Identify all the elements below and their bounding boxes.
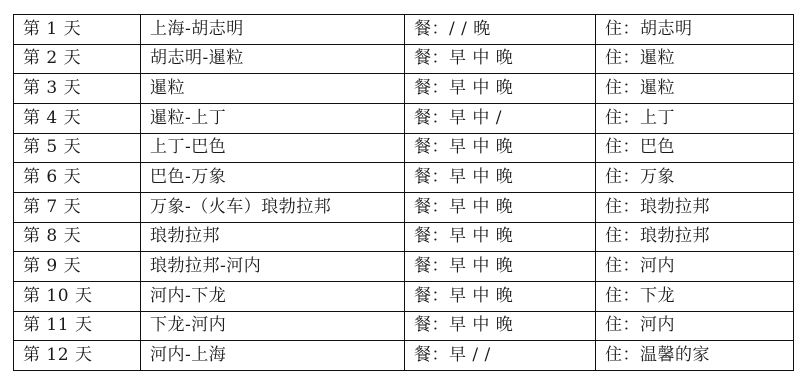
route-cell: 万象-（火车）琅勃拉邦	[141, 192, 405, 222]
meals-cell: 餐：早 中 晚	[405, 222, 596, 252]
itinerary-table: 第 1 天 上海-胡志明 餐：/ / 晚 住：胡志明 第 2 天 胡志明-暹粒 …	[13, 14, 794, 371]
table-row: 第 6 天 巴色-万象 餐：早 中 晚 住：万象	[14, 163, 794, 193]
table-row: 第 11 天 下龙-河内 餐：早 中 晚 住：河内	[14, 311, 794, 341]
meals-cell: 餐：早 中 晚	[405, 133, 596, 163]
route-cell: 上丁-巴色	[141, 133, 405, 163]
meals-cell: 餐：早 中 /	[405, 103, 596, 133]
table-row: 第 7 天 万象-（火车）琅勃拉邦 餐：早 中 晚 住：琅勃拉邦	[14, 192, 794, 222]
stay-cell: 住：河内	[596, 311, 794, 341]
stay-cell: 住：万象	[596, 163, 794, 193]
route-cell: 河内-下龙	[141, 281, 405, 311]
stay-cell: 住：巴色	[596, 133, 794, 163]
day-cell: 第 9 天	[14, 252, 141, 282]
route-cell: 上海-胡志明	[141, 15, 405, 45]
route-cell: 巴色-万象	[141, 163, 405, 193]
day-cell: 第 3 天	[14, 74, 141, 104]
day-cell: 第 11 天	[14, 311, 141, 341]
table-row: 第 9 天 琅勃拉邦-河内 餐：早 中 晚 住：河内	[14, 252, 794, 282]
meals-cell: 餐：早 中 晚	[405, 311, 596, 341]
day-cell: 第 10 天	[14, 281, 141, 311]
meals-cell: 餐：早 中 晚	[405, 281, 596, 311]
route-cell: 胡志明-暹粒	[141, 44, 405, 74]
day-cell: 第 12 天	[14, 341, 141, 371]
route-cell: 暹粒-上丁	[141, 103, 405, 133]
stay-cell: 住：上丁	[596, 103, 794, 133]
day-cell: 第 7 天	[14, 192, 141, 222]
table-row: 第 12 天 河内-上海 餐：早 / / 住：温馨的家	[14, 341, 794, 371]
route-cell: 下龙-河内	[141, 311, 405, 341]
table-row: 第 3 天 暹粒 餐：早 中 晚 住：暹粒	[14, 74, 794, 104]
stay-cell: 住：暹粒	[596, 74, 794, 104]
stay-cell: 住：暹粒	[596, 44, 794, 74]
route-cell: 琅勃拉邦-河内	[141, 252, 405, 282]
table-row: 第 10 天 河内-下龙 餐：早 中 晚 住：下龙	[14, 281, 794, 311]
meals-cell: 餐：早 中 晚	[405, 163, 596, 193]
table-row: 第 5 天 上丁-巴色 餐：早 中 晚 住：巴色	[14, 133, 794, 163]
meals-cell: 餐：/ / 晚	[405, 15, 596, 45]
day-cell: 第 2 天	[14, 44, 141, 74]
table-row: 第 4 天 暹粒-上丁 餐：早 中 / 住：上丁	[14, 103, 794, 133]
route-cell: 琅勃拉邦	[141, 222, 405, 252]
day-cell: 第 8 天	[14, 222, 141, 252]
route-cell: 暹粒	[141, 74, 405, 104]
day-cell: 第 5 天	[14, 133, 141, 163]
day-cell: 第 6 天	[14, 163, 141, 193]
day-cell: 第 4 天	[14, 103, 141, 133]
stay-cell: 住：下龙	[596, 281, 794, 311]
meals-cell: 餐：早 中 晚	[405, 192, 596, 222]
stay-cell: 住：河内	[596, 252, 794, 282]
day-cell: 第 1 天	[14, 15, 141, 45]
meals-cell: 餐：早 中 晚	[405, 252, 596, 282]
table-row: 第 1 天 上海-胡志明 餐：/ / 晚 住：胡志明	[14, 15, 794, 45]
stay-cell: 住：琅勃拉邦	[596, 222, 794, 252]
meals-cell: 餐：早 中 晚	[405, 44, 596, 74]
table-row: 第 2 天 胡志明-暹粒 餐：早 中 晚 住：暹粒	[14, 44, 794, 74]
stay-cell: 住：琅勃拉邦	[596, 192, 794, 222]
route-cell: 河内-上海	[141, 341, 405, 371]
table-row: 第 8 天 琅勃拉邦 餐：早 中 晚 住：琅勃拉邦	[14, 222, 794, 252]
meals-cell: 餐：早 / /	[405, 341, 596, 371]
stay-cell: 住：温馨的家	[596, 341, 794, 371]
meals-cell: 餐：早 中 晚	[405, 74, 596, 104]
stay-cell: 住：胡志明	[596, 15, 794, 45]
